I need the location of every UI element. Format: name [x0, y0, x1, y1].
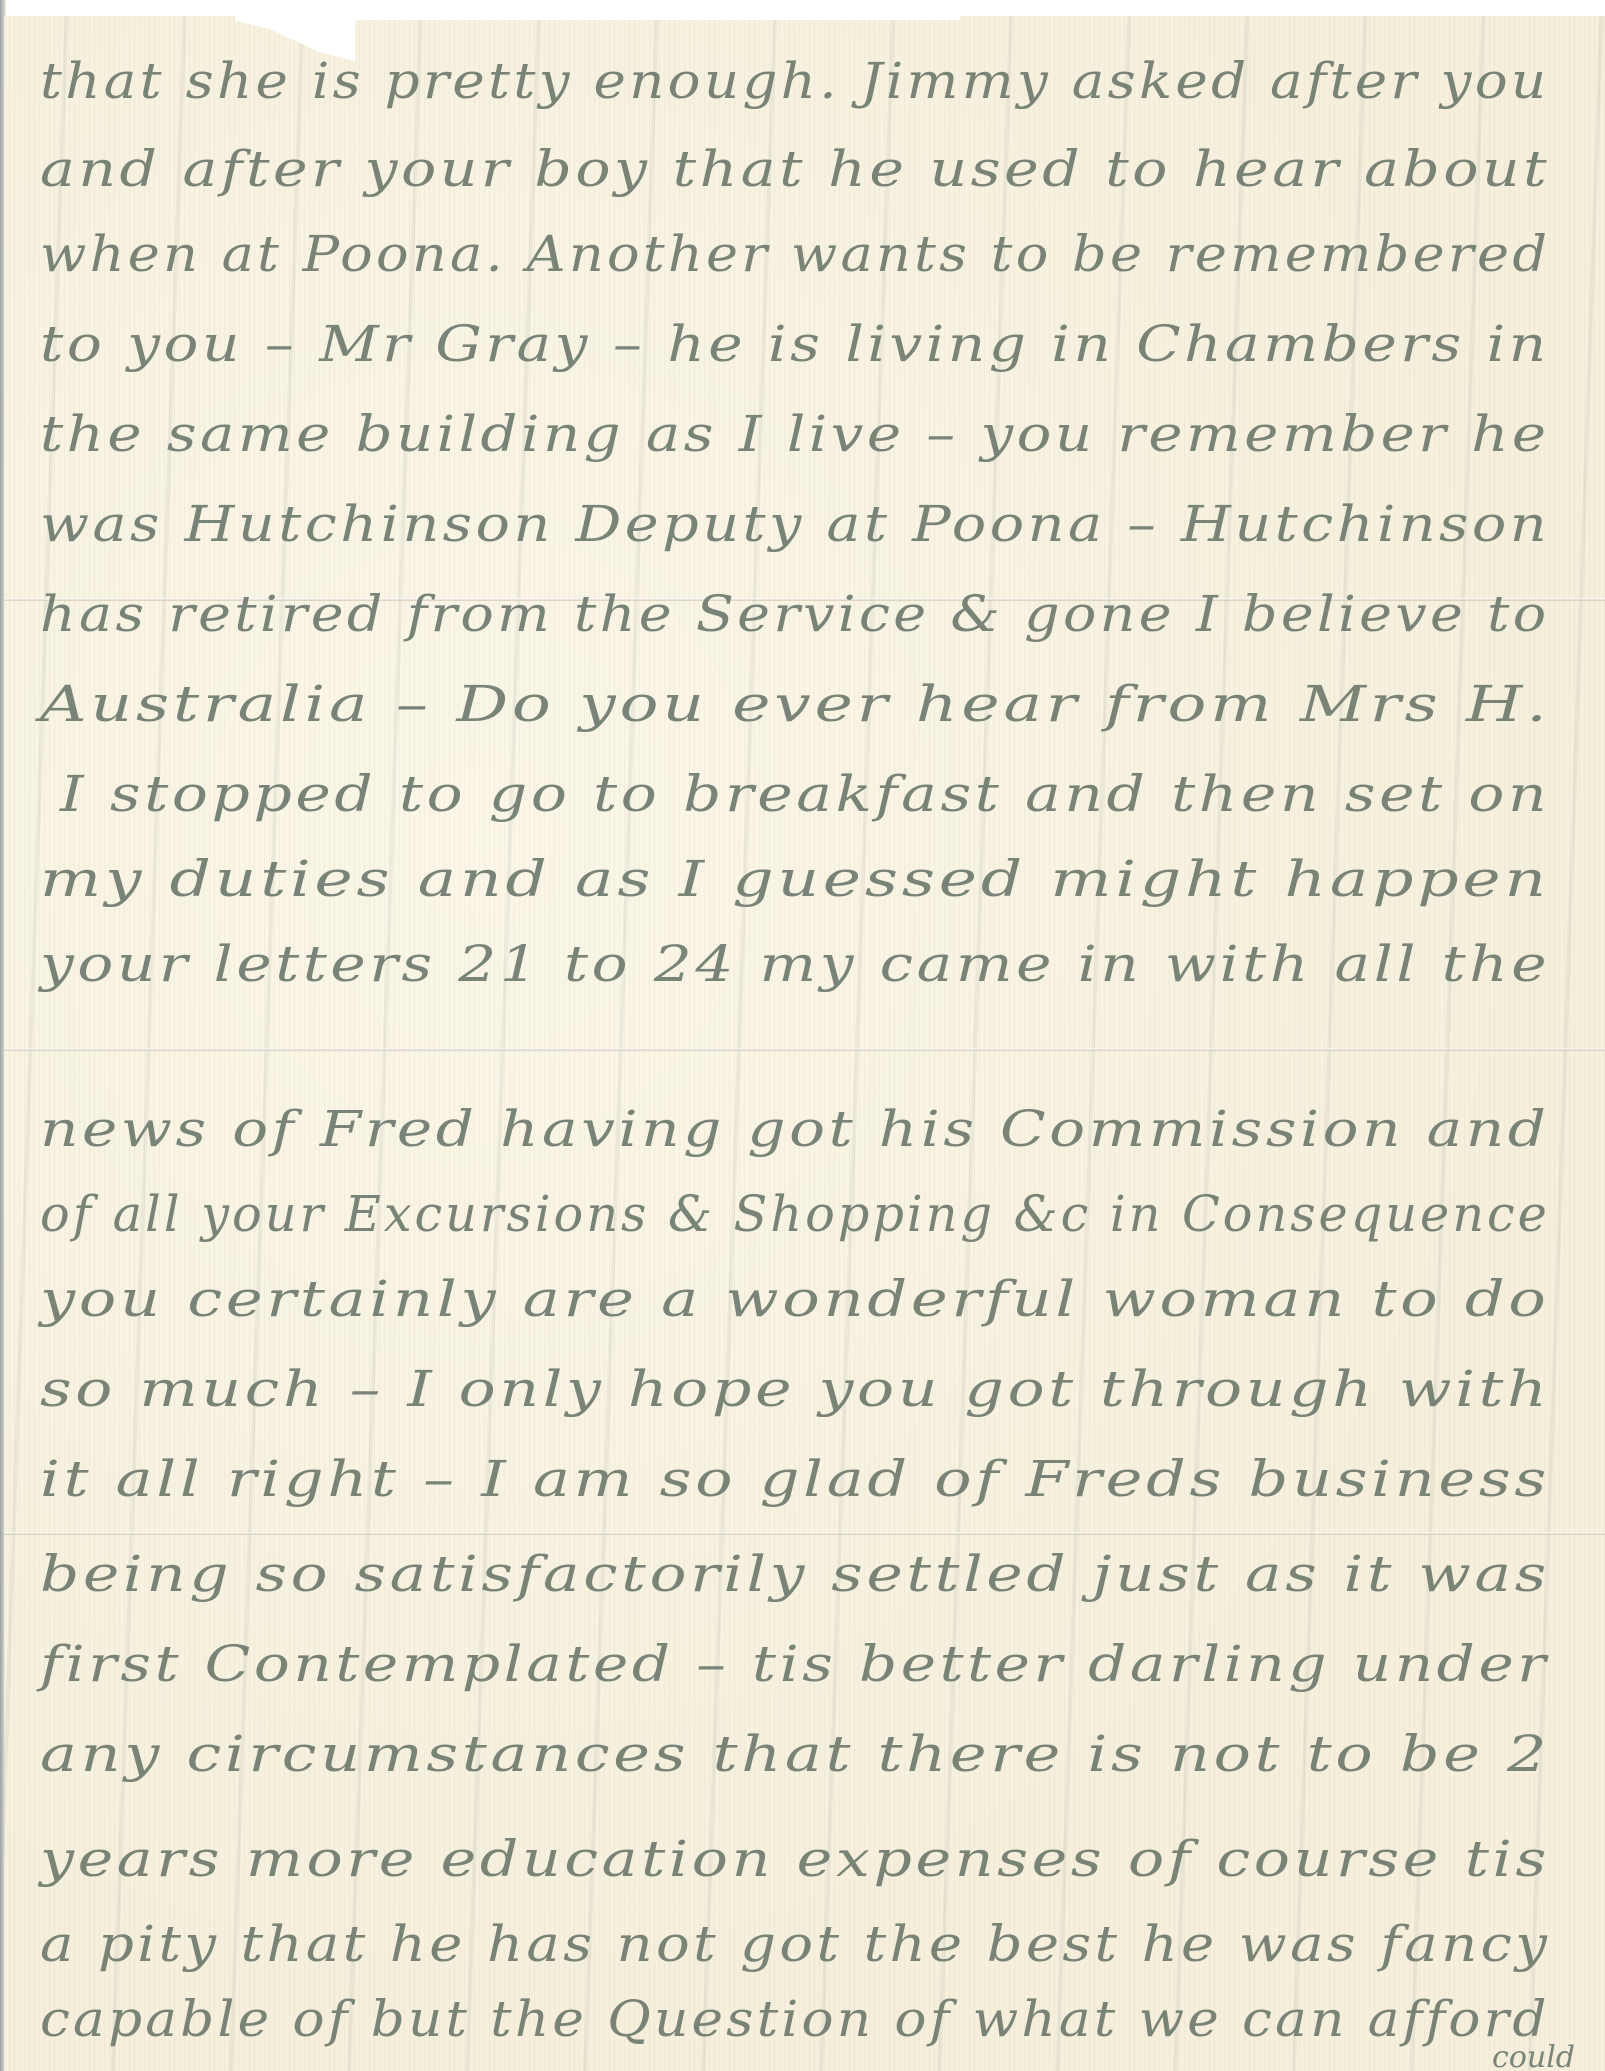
fold-line: [4, 1048, 1605, 1051]
text-line: that she is pretty enough. Jimmy asked a…: [40, 52, 1549, 110]
text-line: first Contemplated – tis better darling …: [40, 1635, 1549, 1693]
text-line: and after your boy that he used to hear …: [40, 140, 1550, 198]
text-line: any circumstances that there is not to b…: [40, 1725, 1550, 1783]
text-line: your letters 21 to 24 my came in with al…: [40, 935, 1550, 993]
text-line: it all right – I am so glad of Freds bus…: [40, 1450, 1550, 1508]
text-line: to you – Mr Gray – he is living in Chamb…: [40, 315, 1550, 373]
text-line: my duties and as I guessed might happen: [40, 850, 1550, 908]
text-line: of all your Excursions & Shopping &c in …: [40, 1185, 1550, 1243]
text-line: capable of but the Question of what we c…: [40, 1990, 1550, 2048]
text-line: has retired from the Service & gone I be…: [40, 585, 1549, 643]
text-line: you certainly are a wonderful woman to d…: [40, 1270, 1550, 1328]
text-line: news of Fred having got his Commission a…: [40, 1100, 1550, 1158]
text-line: was Hutchinson Deputy at Poona – Hutchin…: [40, 495, 1550, 553]
text-line: I stopped to go to breakfast and then se…: [60, 765, 1550, 823]
torn-top-edge: [320, 16, 960, 20]
fold-line: [4, 1532, 1605, 1535]
text-line: the same building as I live – you rememb…: [40, 405, 1550, 463]
continuation-catchword: could: [1492, 2040, 1575, 2071]
text-line: being so satisfactorily settled just as …: [40, 1545, 1550, 1603]
text-line: years more education expenses of course …: [40, 1830, 1550, 1888]
text-line: Australia – Do you ever hear from Mrs H.: [40, 675, 1551, 733]
text-line: when at Poona. Another wants to be remem…: [40, 225, 1550, 283]
text-line: a pity that he has not got the best he w…: [40, 1915, 1550, 1973]
text-line: so much – I only hope you got through wi…: [40, 1360, 1550, 1418]
